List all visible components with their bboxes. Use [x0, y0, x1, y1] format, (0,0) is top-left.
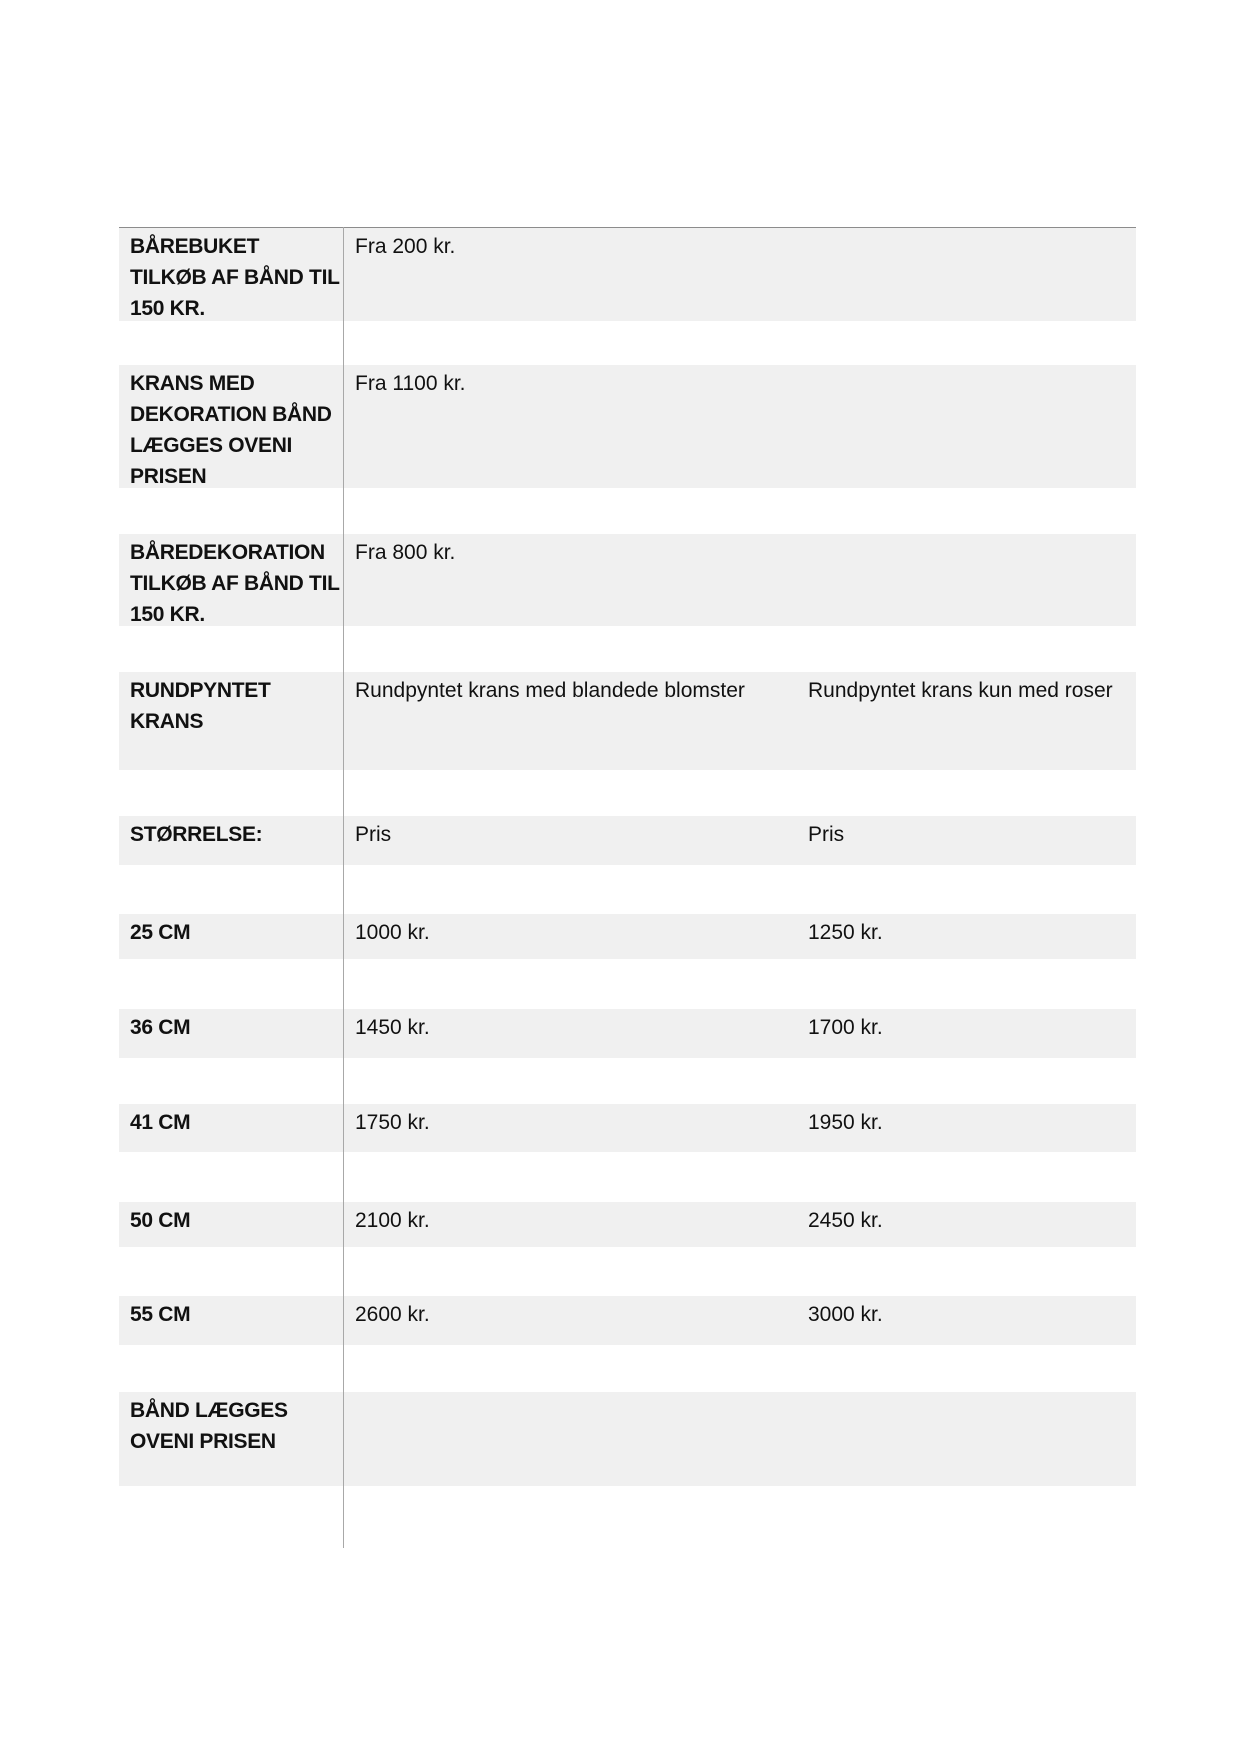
- row-price: [355, 1392, 800, 1486]
- price-mixed: 1000 kr.: [355, 914, 800, 959]
- row-description: Rundpyntet krans med blandede blomster: [355, 672, 800, 770]
- table-row: RUNDPYNTET KRANS Rundpyntet krans med bl…: [119, 672, 1136, 770]
- price-roses: 2450 kr.: [808, 1202, 1128, 1247]
- column-divider: [343, 227, 344, 1548]
- price-roses: 1950 kr.: [808, 1104, 1128, 1152]
- row-price-alt: [808, 1392, 1128, 1486]
- table-row: 36 CM 1450 kr. 1700 kr.: [119, 1009, 1136, 1058]
- size-label: 41 CM: [130, 1104, 340, 1152]
- price-mixed: 1450 kr.: [355, 1009, 800, 1058]
- row-label: BÅREBUKET TILKØB AF BÅND TIL 150 KR.: [130, 228, 340, 321]
- price-roses: 1250 kr.: [808, 914, 1128, 959]
- table-row: BÅREDEKORATION TILKØB AF BÅND TIL 150 KR…: [119, 534, 1136, 626]
- row-label: KRANS MED DEKORATION BÅND LÆGGES OVENI P…: [130, 365, 340, 488]
- row-price: Fra 800 kr.: [355, 534, 800, 626]
- row-price-alt: [808, 228, 1128, 321]
- table-row: 25 CM 1000 kr. 1250 kr.: [119, 914, 1136, 959]
- size-label: 25 CM: [130, 914, 340, 959]
- row-price: Fra 200 kr.: [355, 228, 800, 321]
- price-header-alt: Pris: [808, 816, 1128, 865]
- price-mixed: 2600 kr.: [355, 1296, 800, 1345]
- size-label: 36 CM: [130, 1009, 340, 1058]
- table-row: 50 CM 2100 kr. 2450 kr.: [119, 1202, 1136, 1247]
- row-label: BÅREDEKORATION TILKØB AF BÅND TIL 150 KR…: [130, 534, 340, 626]
- price-header: Pris: [355, 816, 800, 865]
- row-label: RUNDPYNTET KRANS: [130, 672, 340, 770]
- size-label: 55 CM: [130, 1296, 340, 1345]
- table-header-row: STØRRELSE: Pris Pris: [119, 816, 1136, 865]
- row-price-alt: [808, 365, 1128, 488]
- price-roses: 3000 kr.: [808, 1296, 1128, 1345]
- price-mixed: 1750 kr.: [355, 1104, 800, 1152]
- size-header: STØRRELSE:: [130, 816, 340, 865]
- size-label: 50 CM: [130, 1202, 340, 1247]
- table-row: 55 CM 2600 kr. 3000 kr.: [119, 1296, 1136, 1345]
- table-row: BÅND LÆGGES OVENI PRISEN: [119, 1392, 1136, 1486]
- row-price: Fra 1100 kr.: [355, 365, 800, 488]
- table-row: KRANS MED DEKORATION BÅND LÆGGES OVENI P…: [119, 365, 1136, 488]
- row-description-alt: Rundpyntet krans kun med roser: [808, 672, 1128, 770]
- table-row: 41 CM 1750 kr. 1950 kr.: [119, 1104, 1136, 1152]
- table-row: BÅREBUKET TILKØB AF BÅND TIL 150 KR. Fra…: [119, 228, 1136, 321]
- price-mixed: 2100 kr.: [355, 1202, 800, 1247]
- row-label: BÅND LÆGGES OVENI PRISEN: [130, 1392, 340, 1486]
- price-roses: 1700 kr.: [808, 1009, 1128, 1058]
- row-price-alt: [808, 534, 1128, 626]
